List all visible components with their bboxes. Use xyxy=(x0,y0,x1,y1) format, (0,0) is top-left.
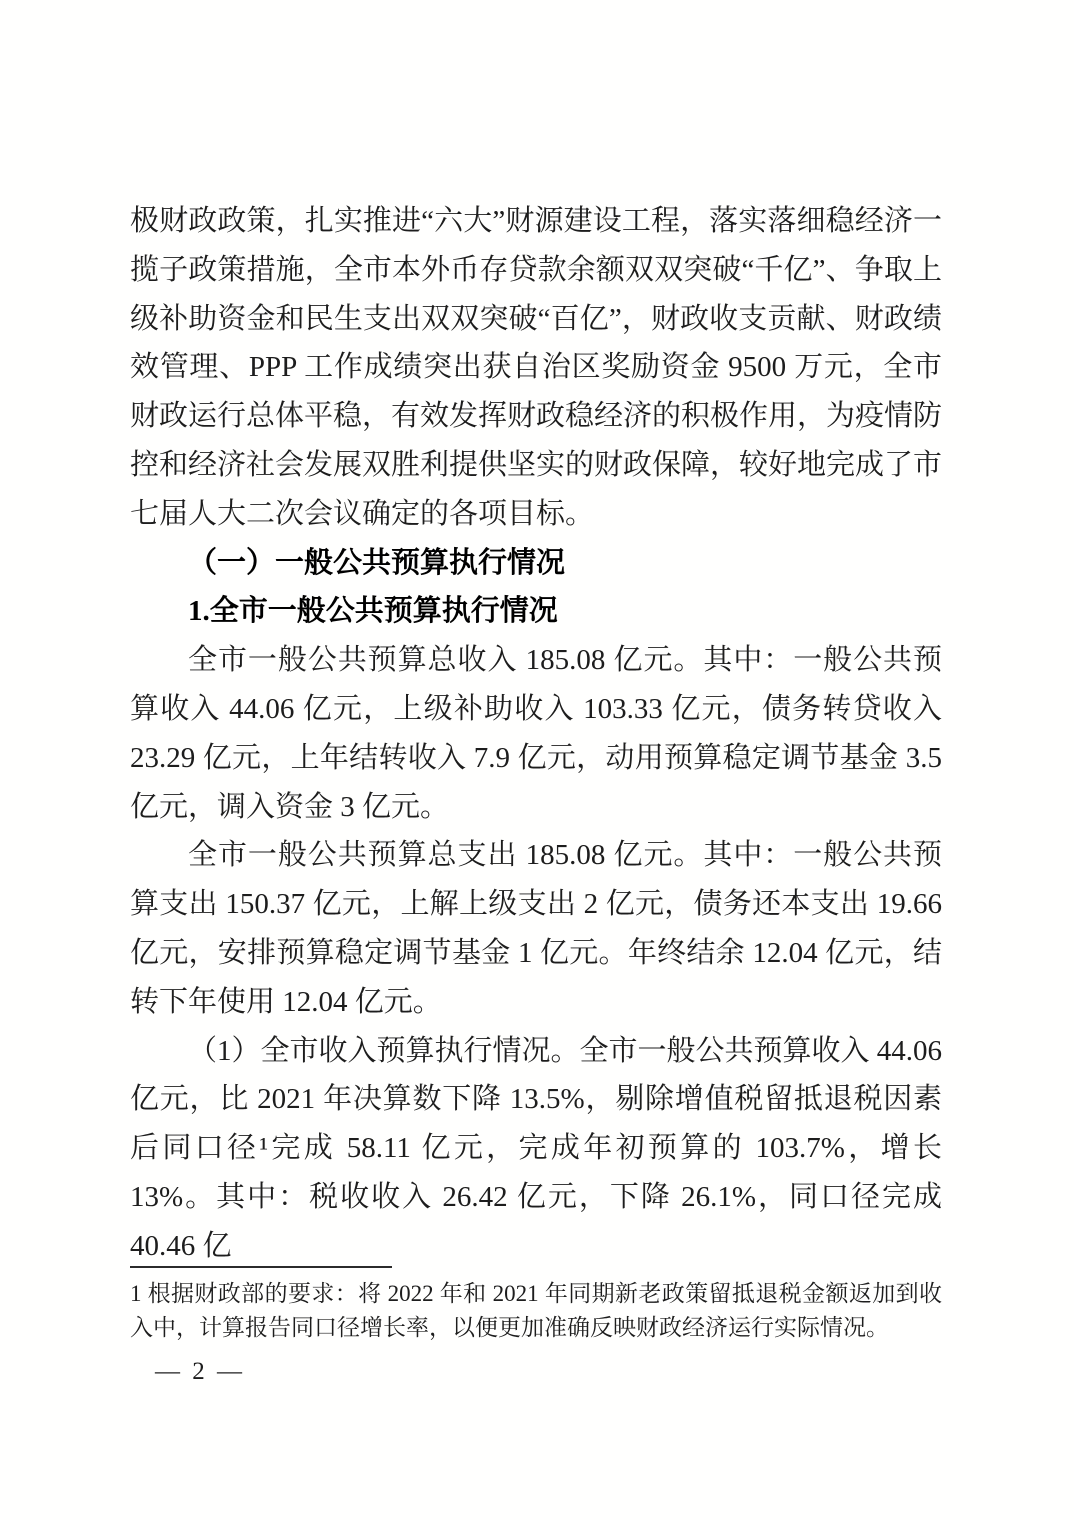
section-heading: （一）一般公共预算执行情况 xyxy=(130,539,942,588)
paragraph-continuation: 极财政政策，扎实推进“六大”财源建设工程，落实落细稳经济一揽子政策措施，全市本外… xyxy=(130,197,942,539)
footnote: 1 根据财政部的要求：将 2022 年和 2021 年同期新老政策留抵退税金额返… xyxy=(130,1266,942,1345)
page-number: — 2 — xyxy=(155,1358,245,1386)
body-text: 极财政政策，扎实推进“六大”财源建设工程，落实落细稳经济一揽子政策措施，全市本外… xyxy=(130,197,942,1271)
subsection-heading: 1.全市一般公共预算执行情况 xyxy=(130,587,942,636)
footnote-text: 1 根据财政部的要求：将 2022 年和 2021 年同期新老政策留抵退税金额返… xyxy=(130,1277,942,1345)
paragraph-revenue-execution: （1）全市收入预算执行情况。全市一般公共预算收入 44.06 亿元，比 2021… xyxy=(130,1027,942,1271)
paragraph-total-expenditure: 全市一般公共预算总支出 185.08 亿元。其中：一般公共预算支出 150.37… xyxy=(130,831,942,1026)
document-page: 极财政政策，扎实推进“六大”财源建设工程，落实落细稳经济一揽子政策措施，全市本外… xyxy=(0,0,1074,1520)
paragraph-total-revenue: 全市一般公共预算总收入 185.08 亿元。其中：一般公共预算收入 44.06 … xyxy=(130,636,942,831)
footnote-separator-rule xyxy=(130,1266,392,1268)
